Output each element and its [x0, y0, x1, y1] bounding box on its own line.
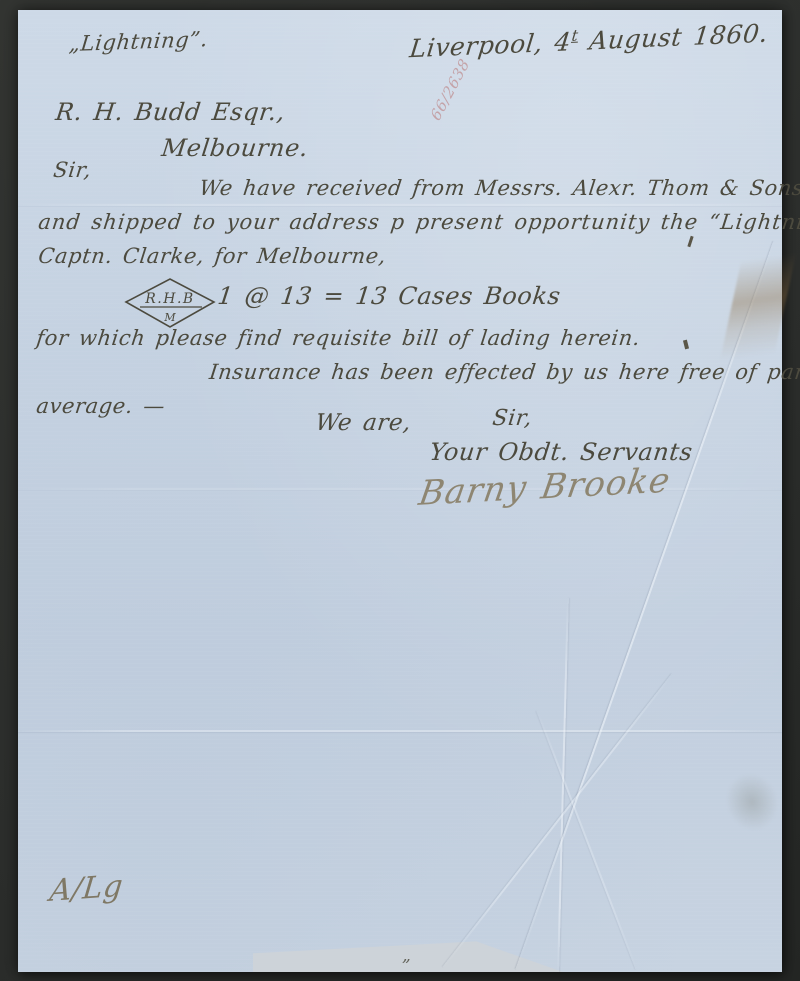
bottom-mark: „ [402, 946, 411, 966]
fold-line-bottom [18, 730, 782, 732]
embossed-smudge [718, 766, 787, 838]
ink-speck-bottom [683, 340, 689, 350]
recipient-city: Melbourne. [160, 134, 310, 162]
closing-sir: Sir, [491, 406, 534, 431]
edge-stain [719, 239, 796, 375]
diagonal-crease-cross [536, 710, 637, 969]
signature: Barny Brooke [416, 460, 673, 514]
clerk-initials: A/Lg [48, 869, 125, 909]
letter-paper: „Lightning”. Liverpool, 4t August 1860. … [18, 10, 782, 972]
body-line-1: We have received from Messrs. Alexr. Tho… [198, 176, 800, 200]
shipping-mark-diamond: R.H.B M [122, 276, 218, 330]
archival-number: 66/2638 [427, 55, 473, 124]
shipping-mark-sub: M [163, 311, 176, 324]
ink-speck-top [687, 236, 693, 247]
cargo-line: 1 @ 13 = 13 Cases Books [216, 282, 562, 310]
body-line-4: for which please find requisite bill of … [35, 326, 642, 350]
body-line-5: Insurance has been effected by us here f… [208, 360, 800, 384]
fold-line-top [18, 204, 782, 206]
shipping-mark-initials: R.H.B [144, 291, 194, 307]
scan-background: „Lightning”. Liverpool, 4t August 1860. … [0, 0, 800, 981]
body-line-2: and shipped to your address p present op… [37, 210, 800, 234]
closing-we-are: We are, [314, 410, 413, 436]
salutation: Sir, [52, 158, 93, 182]
body-line-6: average. — [35, 394, 167, 418]
ship-name-label: „Lightning”. [68, 27, 209, 56]
dateline-place-day: Liverpool, 4 [408, 27, 573, 63]
dateline-month-year: August 1860. [576, 19, 770, 56]
dateline: Liverpool, 4t August 1860. [408, 18, 770, 63]
recipient-name: R. H. Budd Esqr., [54, 98, 287, 126]
body-line-3: Captn. Clarke, for Melbourne, [37, 244, 388, 268]
